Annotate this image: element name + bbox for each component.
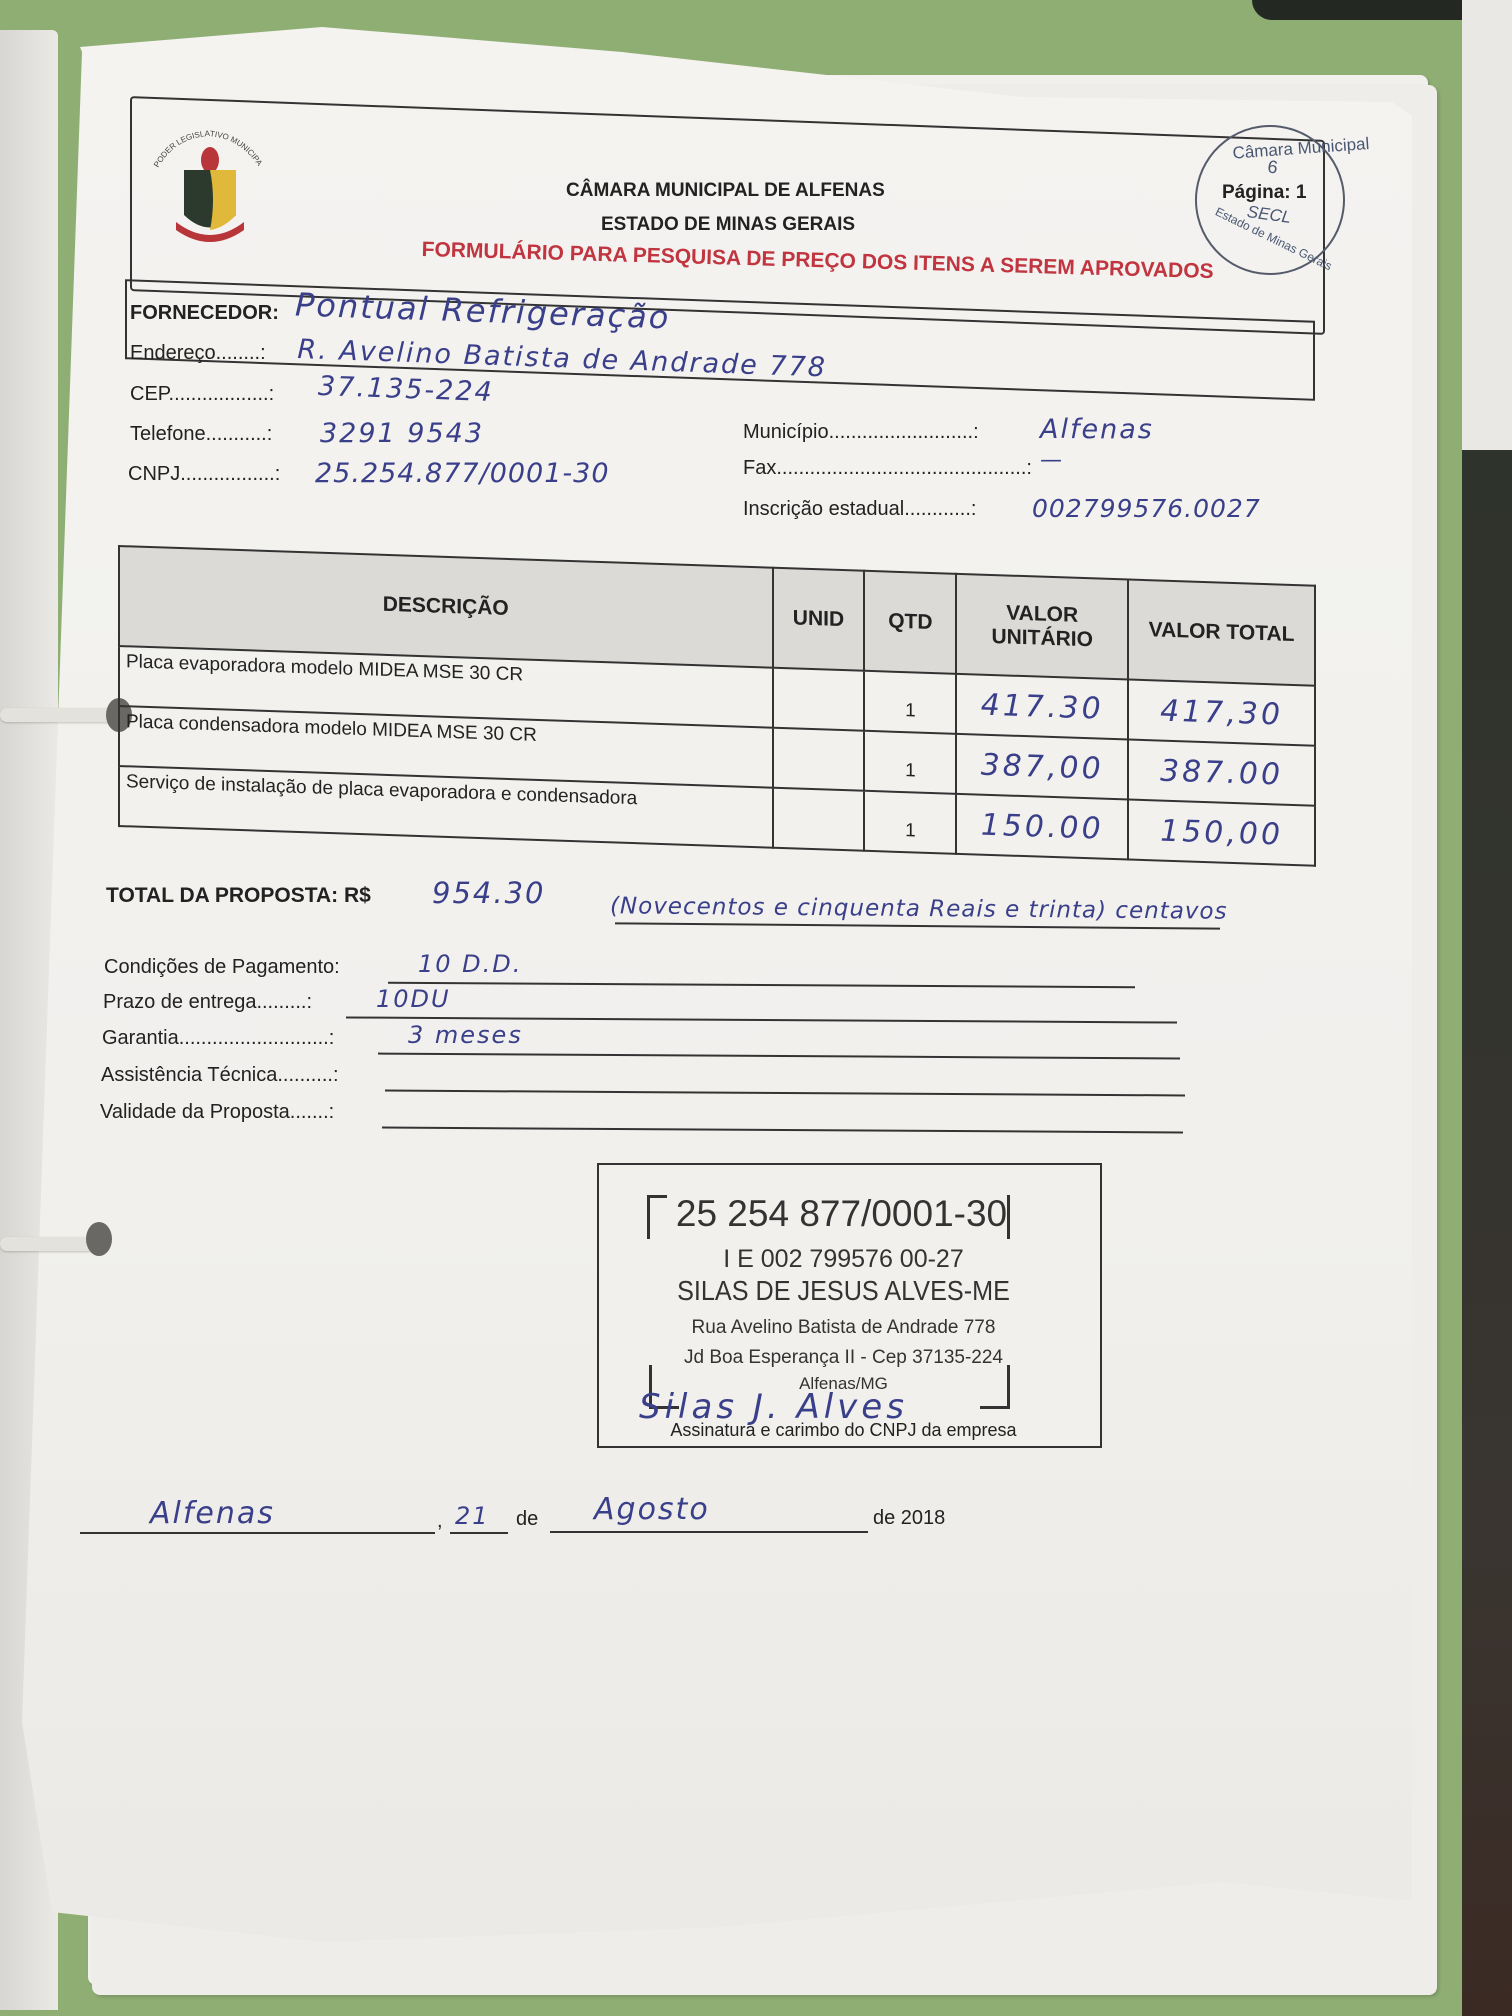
form-content: PODER LEGISLATIVO MUNICIPAL CÂMARA MUNIC… xyxy=(0,0,1512,2016)
cell-valor-unitario: 417.30 xyxy=(956,674,1128,740)
total-value: 954.30 xyxy=(432,876,545,910)
cnpj-label: CNPJ.................: xyxy=(128,463,280,486)
cnpj-value: 25.254.877/0001-30 xyxy=(315,458,610,489)
condition-label: Assistência Técnica..........: xyxy=(101,1064,339,1087)
inscricao-estadual-label: Inscrição estadual............: xyxy=(743,498,976,521)
cell-qtd: 1 xyxy=(864,731,956,794)
stamp-company-name: SILAS DE JESUS ALVES-ME xyxy=(618,1275,1069,1307)
cell-qtd: 1 xyxy=(864,671,956,734)
condition-value: 10DU xyxy=(376,985,451,1013)
condition-underline xyxy=(378,1053,1180,1060)
total-label: TOTAL DA PROPOSTA: R$ xyxy=(106,884,371,908)
municipio-value: Alfenas xyxy=(1040,414,1154,445)
cell-qtd: 1 xyxy=(864,791,956,854)
stamp-caption: Assinatura e carimbo do CNPJ da empresa xyxy=(593,1420,1094,1441)
condition-underline xyxy=(388,982,1135,989)
date-city: Alfenas xyxy=(150,1496,275,1531)
condition-underline xyxy=(385,1090,1185,1097)
cell-unid xyxy=(773,668,865,731)
cep-label: CEP..................: xyxy=(130,383,274,406)
fax-label: Fax.....................................… xyxy=(743,457,1032,480)
cep-value: 37.135-224 xyxy=(318,371,495,408)
cell-valor-unitario: 150.00 xyxy=(956,794,1128,860)
stamp-ie: I E 002 799576 00-27 xyxy=(593,1245,1094,1274)
institution-title: CÂMARA MUNICIPAL DE ALFENAS xyxy=(566,180,885,202)
condition-label: Condições de Pagamento: xyxy=(104,956,340,979)
telefone-label: Telefone...........: xyxy=(130,423,272,446)
condition-value: 3 meses xyxy=(408,1021,523,1049)
state-title: ESTADO DE MINAS GERAIS xyxy=(601,214,855,236)
date-day: 21 xyxy=(455,1502,490,1530)
telefone-value: 3291 9543 xyxy=(320,418,484,449)
date-month-line xyxy=(550,1531,868,1533)
cell-valor-total: 417,30 xyxy=(1128,680,1315,746)
condition-underline xyxy=(382,1127,1183,1134)
date-day-line xyxy=(450,1532,508,1534)
date-de: de xyxy=(516,1508,538,1531)
stamp-district: Jd Boa Esperança II - Cep 37135-224 xyxy=(593,1347,1094,1369)
cell-unid xyxy=(773,728,865,791)
stamp-street: Rua Avelino Batista de Andrade 778 xyxy=(593,1317,1094,1339)
endereco-label: Endereço........: xyxy=(130,342,266,365)
page-number-label: Página: 1 xyxy=(1222,182,1306,204)
date-month: Agosto xyxy=(594,1492,710,1527)
cell-valor-unitario: 387,00 xyxy=(956,734,1128,800)
date-city-line xyxy=(80,1532,435,1534)
condition-value: 10 D.D. xyxy=(418,950,522,978)
cell-valor-total: 150,00 xyxy=(1128,800,1315,866)
coat-of-arms-logo: PODER LEGISLATIVO MUNICIPAL xyxy=(150,130,270,250)
fax-value: — xyxy=(1040,448,1064,473)
municipio-label: Município..........................: xyxy=(743,421,979,444)
cell-valor-total: 387.00 xyxy=(1128,740,1315,806)
date-year: de 2018 xyxy=(873,1507,945,1530)
items-table-wrapper: DESCRIÇÃO UNID QTD VALOR UNITÁRIO VALOR … xyxy=(118,545,1316,895)
company-stamp-box: 25 254 877/0001-30 I E 002 799576 00-27 … xyxy=(597,1163,1102,1448)
condition-label: Garantia...........................: xyxy=(102,1027,334,1050)
col-qtd: QTD xyxy=(864,571,956,674)
cell-unid xyxy=(773,788,865,851)
stamp-cnpj: 25 254 877/0001-30 xyxy=(591,1193,1092,1235)
date-comma: , xyxy=(437,1510,443,1533)
col-unid: UNID xyxy=(773,568,865,671)
condition-label: Validade da Proposta.......: xyxy=(100,1101,334,1124)
inscricao-estadual-value: 002799576.0027 xyxy=(1032,494,1261,523)
col-valor-total: VALOR TOTAL xyxy=(1128,580,1315,686)
total-in-words: (Novecentos e cinquenta Reais e trinta) … xyxy=(610,893,1228,924)
stamp-top-text: Câmara Municipal xyxy=(1232,134,1370,164)
items-table: DESCRIÇÃO UNID QTD VALOR UNITÁRIO VALOR … xyxy=(118,545,1316,867)
fornecedor-label: FORNECEDOR: xyxy=(130,302,279,325)
col-valor-unitario: VALOR UNITÁRIO xyxy=(956,574,1128,680)
condition-label: Prazo de entrega.........: xyxy=(103,991,312,1014)
stamp-number: 6 xyxy=(1266,156,1279,178)
